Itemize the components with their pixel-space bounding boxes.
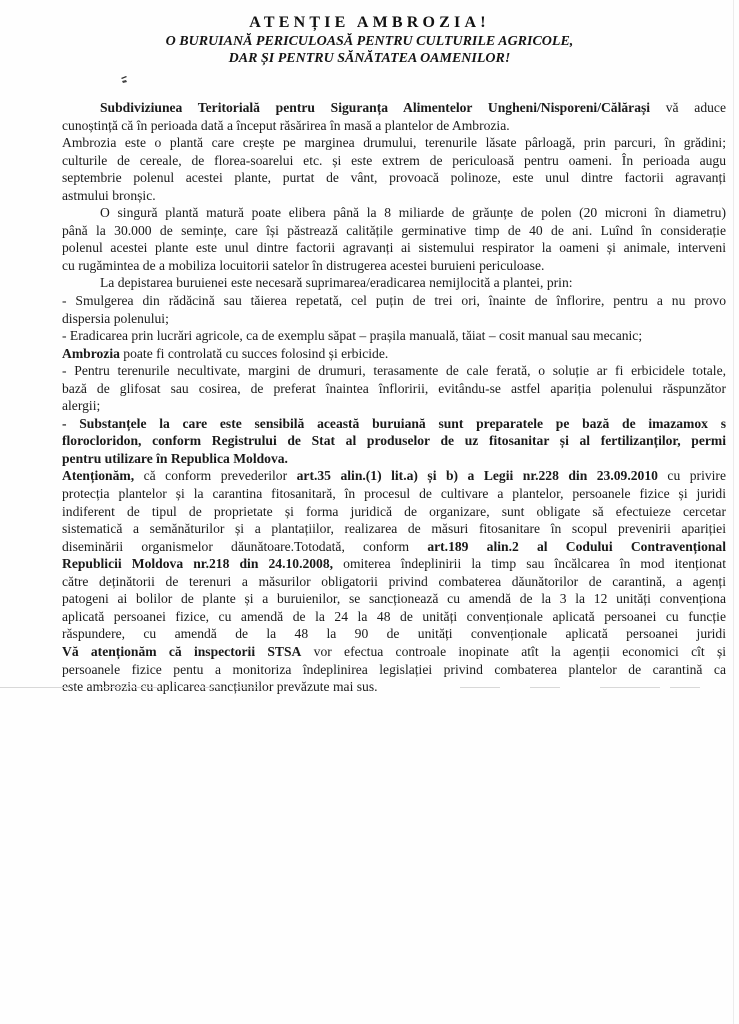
scan-artifact-band [0, 687, 739, 690]
text-line: până la 30.000 de semințe, care își păst… [62, 222, 726, 240]
bold-text-run: art.35 alin.(1) lit.a) și b) a Legii nr.… [297, 468, 658, 483]
text-run: alergii; [62, 398, 100, 413]
text-run: - Smulgerea din rădăcină sau tăierea rep… [62, 293, 726, 308]
text-run: cunoștință că în perioada dată a început… [62, 118, 510, 133]
bold-text-run: Republicii Moldova nr.218 din 24.10.2008… [62, 556, 333, 571]
text-run: către deținătorii de terenuri a măsurilo… [62, 574, 726, 589]
text-line: Atenționăm, că conform prevederilor art.… [62, 467, 726, 485]
text-line: răspundere, cu amendă de la 48 la 90 de … [62, 625, 726, 643]
text-run: - Eradicarea prin lucrări agricole, ca d… [62, 328, 642, 343]
text-line: septembrie polenul acestei plante, purta… [62, 169, 726, 187]
text-line: - Pentru terenurile necultivate, margini… [62, 362, 726, 380]
document-title: ATENȚIE AMBROZIA! [0, 14, 739, 32]
text-line: diseminării organismelor dăunătoare.Toto… [62, 538, 726, 556]
text-run: până la 30.000 de semințe, care își păst… [62, 223, 726, 238]
text-line: Ambrozia poate fi controlată cu succes f… [62, 345, 726, 363]
text-line: indiferent de tipul de proprietate și fo… [62, 503, 726, 521]
document-subtitle-line-2: DAR ȘI PENTRU SĂNĂTATEA OAMENILOR! [0, 51, 739, 67]
text-line: - Substanțele la care este sensibilă ace… [62, 415, 726, 433]
text-line: către deținătorii de terenuri a măsurilo… [62, 573, 726, 591]
text-line: florocloridon, conform Registrului de St… [62, 432, 726, 450]
text-line: Republicii Moldova nr.218 din 24.10.2008… [62, 555, 726, 573]
text-run: dispersia polenului; [62, 311, 169, 326]
text-run: aplicată persoanei fizice, cu amendă de … [62, 609, 726, 624]
text-line: polenul acestei plante este unul dintre … [62, 239, 726, 257]
text-run: sistematică a semănăturilor și a plantaț… [62, 521, 726, 536]
bold-text-run: Ambrozia [62, 346, 120, 361]
text-line: aplicată persoanei fizice, cu amendă de … [62, 608, 726, 626]
text-run: răspundere, cu amendă de la 48 la 90 de … [62, 626, 726, 641]
text-run: indiferent de tipul de proprietate și fo… [62, 504, 726, 519]
scan-speck-icon [120, 75, 128, 85]
text-run: culturile de cereale, de florea-soarelui… [62, 153, 726, 168]
text-run: septembrie polenul acestei plante, purta… [62, 170, 726, 185]
text-run: cu privire [658, 468, 726, 483]
text-run: patogeni ai bolilor de plante și a burui… [62, 591, 726, 606]
text-line: protecția plantelor și la carantina fito… [62, 485, 726, 503]
text-line: La depistarea buruienei este necesară su… [62, 274, 726, 292]
text-run: - Pentru terenurile necultivate, margini… [62, 363, 726, 378]
text-run: protecția plantelor și la carantina fito… [62, 486, 726, 501]
text-line: Subdiviziunea Teritorială pentru Siguran… [62, 99, 726, 117]
text-line: culturile de cereale, de florea-soarelui… [62, 152, 726, 170]
text-run: vă aduce [650, 100, 726, 115]
bold-text-run: Subdiviziunea Teritorială pentru Siguran… [100, 100, 650, 115]
text-line: cu rugămintea de a mobiliza locuitorii s… [62, 257, 726, 275]
text-run: bază de glifosat sau cosirea, de prefera… [62, 381, 726, 396]
text-line: astmului bronșic. [62, 187, 726, 205]
text-run: poate fi controlată cu succes folosind ș… [120, 346, 388, 361]
bold-text-run: - Substanțele la care este sensibilă ace… [62, 416, 726, 431]
bold-text-run: florocloridon, conform Registrului de St… [62, 433, 726, 448]
text-run: omiterea îndeplinirii la timp sau încălc… [333, 556, 726, 571]
text-run: La depistarea buruienei este necesară su… [100, 275, 573, 290]
text-line: Vă atenționăm că inspectorii STSA vor ef… [62, 643, 726, 661]
text-run: cu rugămintea de a mobiliza locuitorii s… [62, 258, 544, 273]
text-line: bază de glifosat sau cosirea, de prefera… [62, 380, 726, 398]
bold-text-run: Vă atenționăm că inspectorii STSA [62, 644, 301, 659]
text-line: - Smulgerea din rădăcină sau tăierea rep… [62, 292, 726, 310]
text-line: O singură plantă matură poate elibera pâ… [62, 204, 726, 222]
text-line: cunoștință că în perioada dată a început… [62, 117, 726, 135]
bold-text-run: pentru utilizare în Republica Moldova. [62, 451, 288, 466]
text-line: - Eradicarea prin lucrări agricole, ca d… [62, 327, 726, 345]
scanned-page: ATENȚIE AMBROZIA! O BURUIANĂ PERICULOASĂ… [0, 0, 739, 1024]
text-run: vor efectua controale inopinate atît la … [301, 644, 726, 659]
text-line: patogeni ai bolilor de plante și a burui… [62, 590, 726, 608]
text-run: Ambrozia este o plantă care crește pe ma… [62, 135, 726, 150]
text-run: că conform prevederilor [134, 468, 297, 483]
bold-text-run: Atenționăm, [62, 468, 134, 483]
text-line: Ambrozia este o plantă care crește pe ma… [62, 134, 726, 152]
document-body: Subdiviziunea Teritorială pentru Siguran… [62, 99, 726, 696]
document-subtitle-line-1: O BURUIANĂ PERICULOASĂ PENTRU CULTURILE … [0, 34, 739, 50]
text-run: persoanele fizice pentu a monitoriza înd… [62, 662, 726, 677]
bold-text-run: art.189 alin.2 al Codului Contravenționa… [427, 539, 726, 554]
text-run: O singură plantă matură poate elibera pâ… [100, 205, 726, 220]
text-run: polenul acestei plante este unul dintre … [62, 240, 726, 255]
text-line: pentru utilizare în Republica Moldova. [62, 450, 726, 468]
text-line: dispersia polenului; [62, 310, 726, 328]
text-line: alergii; [62, 397, 726, 415]
text-line: persoanele fizice pentu a monitoriza înd… [62, 661, 726, 679]
text-run: diseminării organismelor dăunătoare.Toto… [62, 539, 427, 554]
text-line: sistematică a semănăturilor și a plantaț… [62, 520, 726, 538]
text-run: astmului bronșic. [62, 188, 156, 203]
page-edge-line [733, 0, 734, 1024]
